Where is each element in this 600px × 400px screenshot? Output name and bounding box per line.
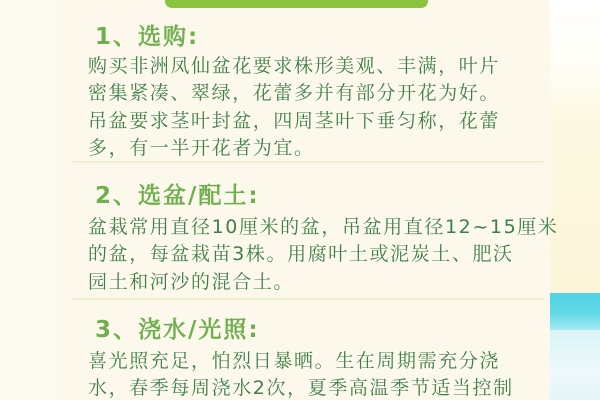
section-divider (72, 161, 544, 163)
content-panel: 1、选购: 购买非洲凤仙盆花要求株形美观、丰满，叶片 密集紧凑、翠绿，花蕾多并有… (56, 0, 550, 400)
section-1-heading: 1、选购: (95, 18, 199, 51)
section-1-paragraph: 购买非洲凤仙盆花要求株形美观、丰满，叶片 密集紧凑、翠绿，花蕾多并有部分开花为好… (88, 53, 538, 163)
text-line: 多，有一半开花者为宜。 (88, 135, 538, 162)
section-3-paragraph: 喜光照充足，怕烈日暴晒。生在周期需充分浇 水，春季每周浇水2次，夏季高温季节适当… (88, 348, 538, 400)
text-line: 喜光照充足，怕烈日暴晒。生在周期需充分浇 (88, 348, 538, 375)
section-divider (72, 298, 544, 300)
text-line: 水，春季每周浇水2次，夏季高温季节适当控制 (88, 375, 538, 400)
section-3-heading: 3、浇水/光照: (95, 311, 260, 344)
section-2-paragraph: 盆栽常用直径10厘米的盆，吊盆用直径12~15厘米 的盆，每盆栽苗3株。用腐叶土… (88, 214, 538, 296)
green-banner-stroke (165, 0, 428, 8)
watercolor-right-background (550, 0, 600, 400)
text-line: 购买非洲凤仙盆花要求株形美观、丰满，叶片 (88, 53, 538, 80)
text-line: 的盆，每盆栽苗3株。用腐叶土或泥炭土、肥沃 (88, 241, 538, 268)
sea-cyan-fade (550, 330, 600, 400)
text-line: 吊盆要求茎叶封盆，四周茎叶下垂匀称，花蕾 (88, 108, 538, 135)
section-2-heading: 2、选盆/配土: (95, 177, 260, 210)
text-line: 盆栽常用直径10厘米的盆，吊盆用直径12~15厘米 (88, 214, 538, 241)
plant-care-infographic: 1、选购: 购买非洲凤仙盆花要求株形美观、丰满，叶片 密集紧凑、翠绿，花蕾多并有… (0, 0, 600, 400)
text-line: 密集紧凑、翠绿，花蕾多并有部分开花为好。 (88, 80, 538, 107)
text-line: 园土和河沙的混合土。 (88, 269, 538, 296)
watercolor-left-background (0, 0, 56, 400)
sea-cyan-band (550, 293, 600, 330)
